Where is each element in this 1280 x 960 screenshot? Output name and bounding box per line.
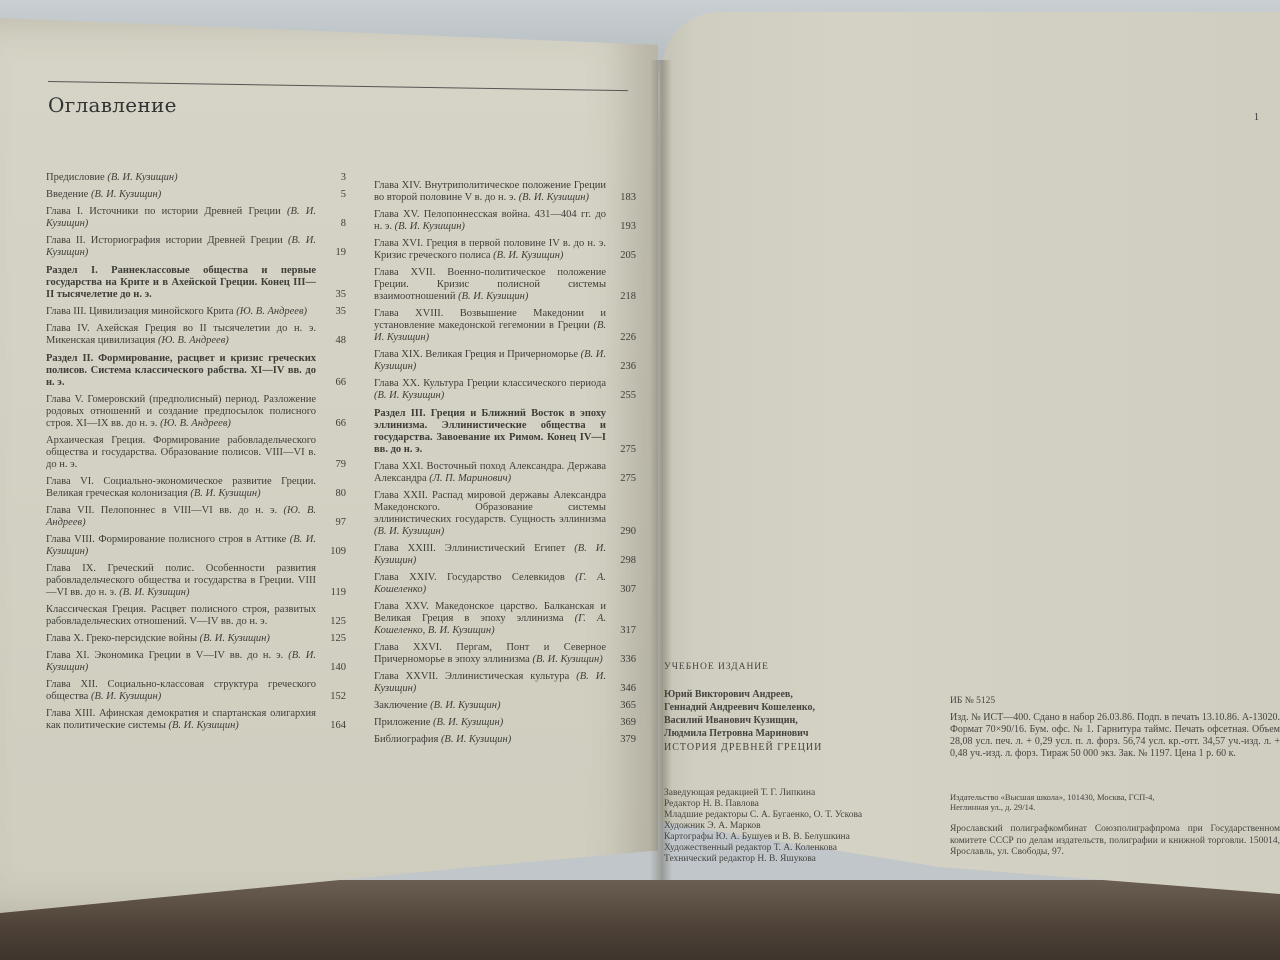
entry-author: (В. И. Кузищин) — [119, 587, 189, 598]
entry-page-number: 109 — [320, 546, 346, 558]
toc-entry: Библиография (В. И. Кузищин)379 — [374, 734, 636, 746]
entry-title: Предисловие — [46, 172, 105, 183]
entry-title: Глава II. Историография истории Древней … — [46, 235, 283, 246]
entry-page-number: 379 — [610, 734, 636, 746]
entry-page-number: 35 — [320, 289, 346, 301]
toc-left-column: Предисловие (В. И. Кузищин)3Введение (В.… — [46, 172, 346, 737]
entry-page-number: 193 — [610, 221, 636, 233]
entry-page-number: 140 — [320, 662, 346, 674]
page-title: Оглавление — [48, 93, 177, 117]
entry-title: Глава XXIV. Государство Селевкидов — [374, 572, 565, 583]
toc-entry: Глава I. Источники по истории Древней Гр… — [46, 206, 346, 230]
toc-entry: Глава XXII. Распад мировой державы Алекс… — [374, 490, 636, 538]
entry-title: Глава VII. Пелопоннес в VIII—VI вв. до н… — [46, 505, 277, 516]
entry-title: Глава XXVII. Эллинистическая культура — [374, 671, 569, 682]
entry-page-number: 8 — [320, 218, 346, 230]
entry-page-number: 218 — [610, 291, 636, 303]
entry-author: (Ю. В. Андреев) — [160, 418, 231, 429]
entry-title: Глава XXIII. Эллинистический Египет — [374, 543, 565, 554]
staff-line: Заведующая редакцией Т. Г. Липкина — [664, 788, 862, 799]
toc-entry: Глава IV. Ахейская Греция во II тысячеле… — [46, 323, 346, 347]
entry-page-number: 152 — [320, 691, 346, 703]
entry-page-number: 255 — [610, 390, 636, 402]
entry-page-number: 19 — [320, 247, 346, 259]
author-name: Юрий Викторович Андреев, — [664, 688, 815, 701]
entry-page-number: 5 — [320, 189, 346, 201]
entry-title: Глава XXV. Македонское царство. Балканск… — [374, 601, 606, 624]
page-marker: 1 — [1254, 112, 1259, 123]
toc-entry: Глава XII. Социально-классовая структура… — [46, 679, 346, 703]
toc-entry: Глава V. Гомеровский (предполисный) пери… — [46, 394, 346, 430]
entry-author: (В. И. Кузищин) — [169, 720, 239, 731]
entry-page-number: 3 — [320, 172, 346, 184]
toc-entry: Глава XXIII. Эллинистический Египет (В. … — [374, 543, 636, 567]
toc-entry: Глава XVIII. Возвышение Македонии и уста… — [374, 308, 636, 344]
entry-author: (В. И. Кузищин) — [91, 189, 161, 200]
entry-author: (В. И. Кузищин) — [374, 526, 444, 537]
entry-author: (В. И. Кузищин) — [430, 700, 500, 711]
printer-info: Ярославский полиграфкомбинат Союзполигра… — [950, 824, 1280, 859]
entry-page-number: 369 — [610, 717, 636, 729]
toc-entry: Глава XXVI. Пергам, Понт и Северное Прич… — [374, 642, 636, 666]
publication-info: Изд. № ИСТ—400. Сдано в набор 26.03.86. … — [950, 712, 1280, 760]
toc-right-column: Глава XIV. Внутриполитическое положение … — [374, 180, 636, 751]
entry-page-number: 35 — [320, 306, 346, 318]
entry-title: Глава III. Цивилизация минойского Крита — [46, 306, 234, 317]
toc-section: Раздел II. Формирование, расцвет и кризи… — [46, 353, 346, 389]
entry-page-number: 119 — [320, 587, 346, 599]
entry-author: (В. И. Кузищин) — [190, 488, 260, 499]
entry-title: Библиография — [374, 734, 438, 745]
author-list: Юрий Викторович Андреев, Геннадий Андрее… — [664, 688, 815, 740]
entry-page-number: 226 — [610, 332, 636, 344]
author-name: Василий Иванович Кузищин, — [664, 714, 815, 727]
toc-entry: Глава VI. Социально-экономическое развит… — [46, 476, 346, 500]
entry-page-number: 205 — [610, 250, 636, 262]
toc-entry: Глава XIX. Великая Греция и Причерноморь… — [374, 349, 636, 373]
toc-entry: Предисловие (В. И. Кузищин)3 — [46, 172, 346, 184]
toc-entry: Глава XI. Экономика Греции в V—IV вв. до… — [46, 650, 346, 674]
entry-author: (В. И. Кузищин) — [91, 691, 161, 702]
entry-page-number: 48 — [320, 335, 346, 347]
entry-title: Глава VI. Социально-экономическое развит… — [46, 476, 316, 499]
toc-entry: Глава VII. Пелопоннес в VIII—VI вв. до н… — [46, 505, 346, 529]
entry-page-number: 298 — [610, 555, 636, 567]
entry-title: Классическая Греция. Расцвет полисного с… — [46, 604, 316, 627]
toc-entry: Архаическая Греция. Формирование рабовла… — [46, 435, 346, 471]
entry-page-number: 79 — [320, 459, 346, 471]
entry-page-number: 317 — [610, 625, 636, 637]
staff-line: Художественный редактор Т. А. Коленкова — [664, 843, 862, 854]
toc-entry: Глава XXIV. Государство Селевкидов (Г. А… — [374, 572, 636, 596]
editorial-staff: Заведующая редакцией Т. Г. Липкина Редак… — [664, 788, 862, 865]
author-name: Людмила Петровна Маринович — [664, 727, 815, 740]
staff-line: Технический редактор Н. В. Яшукова — [664, 854, 862, 865]
entry-page-number: 365 — [610, 700, 636, 712]
toc-entry: Глава XXVII. Эллинистическая культура (В… — [374, 671, 636, 695]
entry-title: Глава XII. Социально-классовая структура… — [46, 679, 316, 702]
toc-entry: Глава XV. Пелопоннесская война. 431—404 … — [374, 209, 636, 233]
entry-title: Глава XVI. Греция в первой половине IV в… — [374, 238, 606, 261]
entry-page-number: 80 — [320, 488, 346, 500]
staff-line: Младшие редакторы С. А. Бугаенко, О. Т. … — [664, 810, 862, 821]
entry-author: (Л. П. Маринович) — [429, 473, 511, 484]
toc-entry: Глава II. Историография истории Древней … — [46, 235, 346, 259]
toc-entry: Приложение (В. И. Кузищин)369 — [374, 717, 636, 729]
toc-entry: Глава VIII. Формирование полисного строя… — [46, 534, 346, 558]
entry-title: Глава XXII. Распад мировой державы Алекс… — [374, 490, 606, 525]
toc-section: Раздел III. Греция и Ближний Восток в эп… — [374, 408, 636, 456]
publisher-address: Издательство «Высшая школа», 101430, Мос… — [950, 792, 1280, 812]
entry-title: Раздел I. Раннеклассовые общества и перв… — [46, 265, 316, 300]
entry-title: Глава VIII. Формирование полисного строя… — [46, 534, 286, 545]
author-name: Геннадий Андреевич Кошеленко, — [664, 701, 815, 714]
entry-page-number: 275 — [610, 444, 636, 456]
entry-title: Архаическая Греция. Формирование рабовла… — [46, 435, 316, 470]
toc-entry: Глава XVII. Военно-политическое положени… — [374, 267, 636, 303]
entry-title: Глава X. Греко-персидские войны — [46, 633, 197, 644]
entry-title: Глава XI. Экономика Греции в V—IV вв. до… — [46, 650, 283, 661]
toc-entry: Глава III. Цивилизация минойского Крита … — [46, 306, 346, 318]
publisher-line: Неглинная ул., д. 29/14. — [950, 802, 1280, 812]
toc-entry: Глава XXV. Македонское царство. Балканск… — [374, 601, 636, 637]
entry-author: (В. И. Кузищин) — [519, 192, 589, 203]
book-gutter — [650, 60, 672, 880]
entry-page-number: 346 — [610, 683, 636, 695]
entry-page-number: 290 — [610, 526, 636, 538]
toc-entry: Классическая Греция. Расцвет полисного с… — [46, 604, 346, 628]
toc-entry: Введение (В. И. Кузищин)5 — [46, 189, 346, 201]
entry-title: Приложение — [374, 717, 430, 728]
toc-entry: Глава XIII. Афинская демократия и спарта… — [46, 708, 346, 732]
toc-entry: Глава XVI. Греция в первой половине IV в… — [374, 238, 636, 262]
entry-title: Глава XIX. Великая Греция и Причерноморь… — [374, 349, 578, 360]
toc-section: Раздел I. Раннеклассовые общества и перв… — [46, 265, 346, 301]
entry-page-number: 125 — [320, 633, 346, 645]
entry-author: (В. И. Кузищин) — [200, 633, 270, 644]
entry-page-number: 236 — [610, 361, 636, 373]
entry-author: (В. И. Кузищин) — [441, 734, 511, 745]
entry-author: (Ю. В. Андреев) — [236, 306, 307, 317]
right-page — [660, 12, 1280, 912]
entry-page-number: 183 — [610, 192, 636, 204]
entry-author: (В. И. Кузищин) — [107, 172, 177, 183]
entry-page-number: 66 — [320, 377, 346, 389]
entry-title: Глава XVIII. Возвышение Македонии и уста… — [374, 308, 606, 331]
toc-entry: Глава XXI. Восточный поход Александра. Д… — [374, 461, 636, 485]
staff-line: Художник Э. А. Марков — [664, 821, 862, 832]
entry-title: Глава I. Источники по истории Древней Гр… — [46, 206, 281, 217]
toc-entry: Глава X. Греко-персидские войны (В. И. К… — [46, 633, 346, 645]
entry-author: (Ю. В. Андреев) — [158, 335, 229, 346]
book-title: ИСТОРИЯ ДРЕВНЕЙ ГРЕЦИИ — [664, 742, 822, 754]
entry-title: Введение — [46, 189, 88, 200]
edition-label: УЧЕБНОЕ ИЗДАНИЕ — [664, 662, 769, 674]
staff-line: Редактор Н. В. Павлова — [664, 799, 862, 810]
publisher-line: Издательство «Высшая школа», 101430, Мос… — [950, 792, 1280, 802]
entry-page-number: 164 — [320, 720, 346, 732]
toc-entry: Глава XIV. Внутриполитическое положение … — [374, 180, 636, 204]
staff-line: Картографы Ю. А. Бушуев и В. В. Белушкин… — [664, 832, 862, 843]
entry-title: Заключение — [374, 700, 428, 711]
entry-page-number: 336 — [610, 654, 636, 666]
toc-entry: Глава XX. Культура Греции классического … — [374, 378, 636, 402]
entry-author: (В. И. Кузищин) — [374, 390, 444, 401]
toc-entry: Заключение (В. И. Кузищин)365 — [374, 700, 636, 712]
entry-author: (В. И. Кузищин) — [458, 291, 528, 302]
entry-title: Раздел II. Формирование, расцвет и кризи… — [46, 353, 316, 388]
entry-title: Глава XX. Культура Греции классического … — [374, 378, 606, 389]
entry-author: (В. И. Кузищин) — [532, 654, 602, 665]
entry-page-number: 97 — [320, 517, 346, 529]
entry-page-number: 307 — [610, 584, 636, 596]
entry-page-number: 275 — [610, 473, 636, 485]
toc-entry: Глава IX. Греческий полис. Особенности р… — [46, 563, 346, 599]
entry-page-number: 125 — [320, 616, 346, 628]
entry-author: (В. И. Кузищин) — [493, 250, 563, 261]
entry-author: (В. И. Кузищин) — [433, 717, 503, 728]
entry-page-number: 66 — [320, 418, 346, 430]
ib-number: ИБ № 5125 — [950, 696, 995, 708]
entry-title: Раздел III. Греция и Ближний Восток в эп… — [374, 408, 606, 455]
entry-author: (В. И. Кузищин) — [395, 221, 465, 232]
